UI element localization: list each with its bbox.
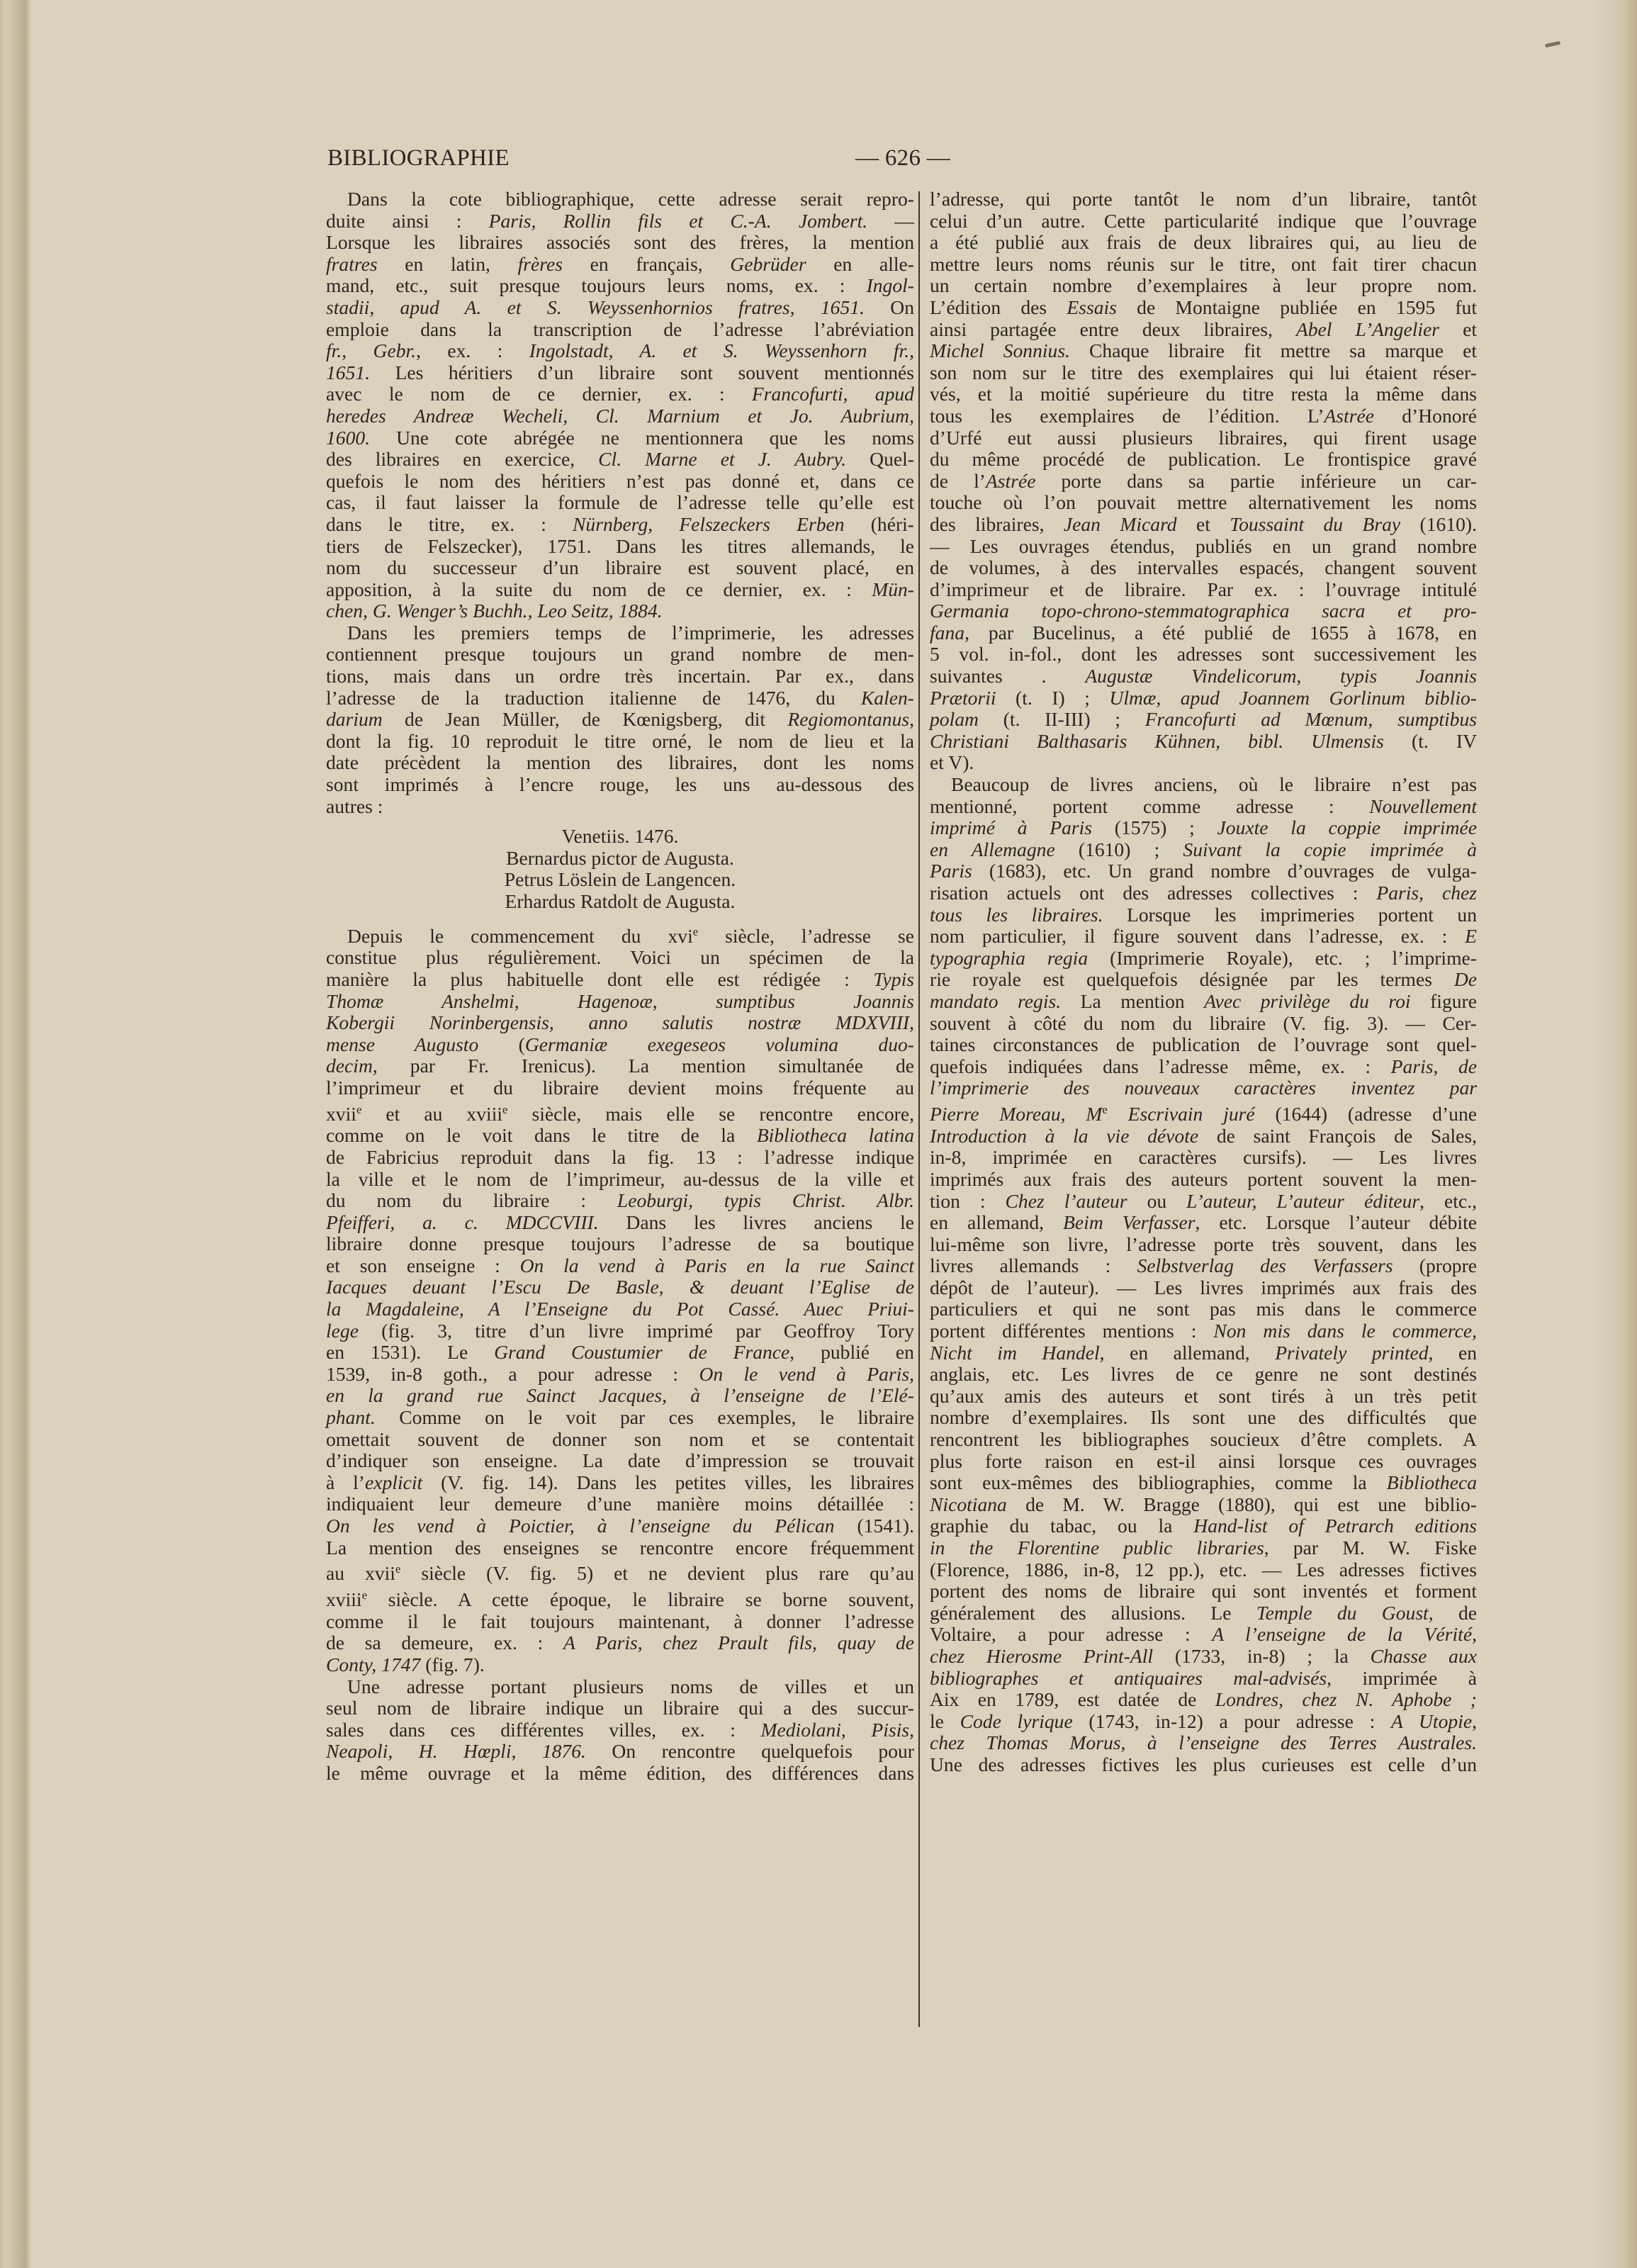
text-line: fr., Gebr., ex. : Ingolstadt, A. et S. W… [326,340,914,362]
text-line: suivantes . Augustæ Vindelicorum, typis … [930,666,1477,687]
text-line: lege (fig. 3, titre d’un livre imprimé p… [326,1320,914,1342]
text-line: Une des adresses fictives les plus curie… [930,1754,1477,1776]
text-line: touche où l’on pouvait mettre alternativ… [930,492,1477,514]
text-line: xviiie siècle. A cette époque, le librai… [326,1585,914,1611]
text-line: — Les ouvrages étendus, publiés en un gr… [930,536,1477,558]
text-line: Aix en 1789, est datée de Londres, chez … [930,1689,1477,1711]
text-line: Introduction à la vie dévote de saint Fr… [930,1125,1477,1147]
text-line: d’imprimeur et de libraire. Par ex. : l’… [930,579,1477,601]
text-line: des libraires en exercice, Cl. Marne et … [326,449,914,471]
text-line: cas, il faut laisser la formule de l’adr… [326,492,914,514]
text-line: anglais, etc. Les livres de ce genre ne … [930,1364,1477,1386]
text-line: nom particulier, il figure souvent dans … [930,926,1477,948]
text-line: chez Hierosme Print-All (1733, in-8) ; l… [930,1646,1477,1668]
text-line: en Allemagne (1610) ; Suivant la copie i… [930,839,1477,861]
text-line: Petrus Löslein de Langencen. [326,869,914,891]
text-line: Michel Sonnius. Chaque libraire fit mett… [930,340,1477,362]
text-line: Pfeifferi, a. c. MDCCVIII. Dans les livr… [326,1212,914,1234]
text-line: celui d’un autre. Cette particularité in… [930,210,1477,232]
text-line: chez Thomas Morus, à l’enseigne des Terr… [930,1732,1477,1754]
text-line: 1651. Les héritiers d’un libraire sont s… [326,362,914,384]
text-line: portent différentes mentions : Non mis d… [930,1320,1477,1342]
text-line: graphie du tabac, ou la Hand-list of Pet… [930,1515,1477,1537]
text-line: de sa demeure, ex. : A Paris, chez Praul… [326,1632,914,1654]
text-line: indiquaient leur demeure d’une manière m… [326,1493,914,1515]
text-line: in-8, imprimée en caractères cursifs). —… [930,1147,1477,1169]
text-line: d’indiquer son enseigne. La date d’impre… [326,1450,914,1472]
text-line: souvent à côté du nom du libraire (V. fi… [930,1013,1477,1035]
text-line: en 1531). Le Grand Coustumier de France,… [326,1342,914,1364]
text-line: omettait souvent de donner son nom et se… [326,1429,914,1451]
text-line: généralement des allusions. Le Temple du… [930,1602,1477,1624]
text-line: dans le titre, ex. : Nürnberg, Felszecke… [326,514,914,536]
text-line: mand, etc., suit presque toujours leurs … [326,275,914,297]
text-line: comme il le fait toujours maintenant, à … [326,1611,914,1633]
text-line: Beaucoup de livres anciens, où le librai… [930,774,1477,796]
text-line: Lorsque les libraires associés sont des … [326,232,914,254]
text-line: fratres en latin, frères en français, Ge… [326,254,914,276]
text-line: mandato regis. La mention Avec privilège… [930,991,1477,1013]
text-line: son nom sur le titre des exemplaires qui… [930,362,1477,384]
text-line: en allemand, Beim Verfasser, etc. Lorsqu… [930,1212,1477,1234]
text-line: plus forte raison en est-il ainsi lorsqu… [930,1451,1477,1473]
text-line: Germania topo-chrono-stemmatographica sa… [930,600,1477,622]
text-line: dont la fig. 10 reproduit le titre orné,… [326,731,914,753]
text-line: polam (t. II-III) ; Francofurti ad Mœnum… [930,709,1477,731]
text-line: comme on le voit dans le titre de la Bib… [326,1125,914,1147]
page-number: — 626 — [855,145,950,172]
text-line: Venetiis. 1476. [326,826,914,848]
text-line: de volumes, à des intervalles espacés, c… [930,557,1477,579]
text-line: autres : [326,796,914,818]
text-line: risation actuels ont des adresses collec… [930,882,1477,904]
running-title: BIBLIOGRAPHIE [327,145,510,172]
page-outer-edge [1594,0,1637,2268]
text-line: sales dans ces différentes villes, ex. :… [326,1719,914,1741]
text-line: Nicht im Handel, en allemand, Privately … [930,1342,1477,1364]
page-header: BIBLIOGRAPHIE — 626 — [327,145,1475,176]
text-line: lui-même son livre, l’adresse porte très… [930,1234,1477,1256]
text-line: vés, et la moitié supérieure du titre re… [930,383,1477,405]
text-line: tiers de Felszecker), 1751. Dans les tit… [326,536,914,558]
text-line: a été publié aux frais de deux libraires… [930,232,1477,254]
text-line: duite ainsi : Paris, Rollin fils et C.-A… [326,210,914,232]
text-line: imprimés aux frais des auteurs portent s… [930,1169,1477,1191]
text-line: quefois indiquées dans l’adresse même, e… [930,1056,1477,1078]
text-line: Thomæ Anshelmi, Hagenoæ, sumptibus Joann… [326,991,914,1013]
column-divider [918,191,920,2027]
text-line: Iacques deuant l’Escu De Basle, & deuant… [326,1276,914,1298]
text-line: la ville et le nom de l’imprimeur, au-de… [326,1169,914,1191]
text-line: tion : Chez l’auteur ou L’auteur, L’aute… [930,1191,1477,1213]
ink-smudge [1545,41,1561,47]
right-column: l’adresse, qui porte tantôt le nom d’un … [930,189,1477,1776]
text-line: au xviie siècle (V. fig. 5) et ne devien… [326,1559,914,1585]
text-line: des libraires, Jean Micard et Toussaint … [930,514,1477,536]
text-line: phant. Comme on le voit par ces exemples… [326,1407,914,1429]
text-line: ainsi partagée entre deux libraires, Abe… [930,319,1477,341]
text-line: fana, par Bucelinus, a été publié de 165… [930,622,1477,644]
text-line: de l’Astrée porte dans sa partie inférie… [930,471,1477,493]
text-line: Depuis le commencement du xvie siècle, l… [326,921,914,948]
text-line: imprimé à Paris (1575) ; Jouxte la coppi… [930,817,1477,839]
text-line: en la grand rue Sainct Jacques, à l’ense… [326,1385,914,1407]
text-line: libraire donne presque toujours l’adress… [326,1233,914,1255]
text-line: le Code lyrique (1743, in-12) a pour adr… [930,1711,1477,1733]
text-line: du même procédé de publication. Le front… [930,449,1477,471]
page-binding-edge [0,0,34,2268]
text-line: et V). [930,752,1477,774]
text-line: dépôt de l’auteur). — Les livres imprimé… [930,1277,1477,1299]
text-line: Voltaire, a pour adresse : A l’enseigne … [930,1624,1477,1646]
text-line: Christiani Balthasaris Kühnen, bibl. Ulm… [930,731,1477,753]
text-line: Une adresse portant plusieurs noms de vi… [326,1676,914,1698]
text-line: taines circonstances de publication de l… [930,1034,1477,1056]
text-line: l’imprimerie des nouveaux caractères inv… [930,1077,1477,1099]
text-line: Pierre Moreau, Me Escrivain juré (1644) … [930,1099,1477,1125]
text-line: mense Augusto (Germaniæ exegeseos volumi… [326,1034,914,1056]
text-line: constitue plus régulièrement. Voici un s… [326,947,914,969]
text-line: Dans les premiers temps de l’imprimerie,… [326,622,914,644]
text-line: mettre leurs noms réunis sur le titre, o… [930,254,1477,276]
text-line: darium de Jean Müller, de Kœnigsberg, di… [326,709,914,731]
text-line: decim, par Fr. Irenicus). La mention sim… [326,1055,914,1077]
text-line: in the Florentine public libraries, par … [930,1537,1477,1559]
text-line: et son enseigne : On la vend à Paris en … [326,1255,914,1277]
text-line: l’imprimeur et du libraire devient moins… [326,1077,914,1099]
text-line: Bernardus pictor de Augusta. [326,848,914,870]
text-line: Neapoli, H. Hœpli, 1876. On rencontre qu… [326,1741,914,1763]
text-line: bibliographes et antiquaires mal-advisés… [930,1668,1477,1690]
text-line: tous les exemplaires de l’édition. L’Ast… [930,405,1477,427]
text-line: On les vend à Poictier, à l’enseigne du … [326,1515,914,1537]
left-column: Dans la cote bibliographique, cette adre… [326,189,914,1785]
text-line: La mention des enseignes se rencontre en… [326,1537,914,1559]
text-line: nombre d’exemplaires. Ils sont une des d… [930,1407,1477,1429]
text-line: tions, mais dans un ordre très incertain… [326,666,914,687]
text-line: avec le nom de ce dernier, ex. : Francof… [326,383,914,405]
text-line: (Florence, 1886, in-8, 12 pp.), etc. — L… [930,1559,1477,1581]
text-line: l’adresse, qui porte tantôt le nom d’un … [930,189,1477,210]
text-line: sont eux-mêmes des bibliographies, comme… [930,1472,1477,1494]
text-line: d’Urfé eut aussi plusieurs libraires, qu… [930,427,1477,449]
text-line: tous les libraires. Lorsque les imprimer… [930,904,1477,926]
text-line: L’édition des Essais de Montaigne publié… [930,297,1477,319]
text-line: livres allemands : Selbstverlag des Verf… [930,1255,1477,1277]
text-line: mentionné, portent comme adresse : Nouve… [930,796,1477,818]
text-line: sont imprimés à l’encre rouge, les uns a… [326,774,914,796]
text-line: de Fabricius reproduit dans la fig. 13 :… [326,1147,914,1169]
text-line: Kobergii Norinbergensis, anno salutis no… [326,1012,914,1034]
text-line: Conty, 1747 (fig. 7). [326,1654,914,1676]
text-line: contiennent presque toujours un grand no… [326,644,914,666]
text-line: date précèdent la mention des libraires,… [326,752,914,774]
text-line: 1600. Une cote abrégée ne mentionnera qu… [326,427,914,449]
text-line: Dans la cote bibliographique, cette adre… [326,189,914,210]
text-line: heredes Andreæ Wecheli, Cl. Marnium et J… [326,405,914,427]
text-line: Prætorii (t. I) ; Ulmæ, apud Joannem Gor… [930,687,1477,709]
text-line: xviie et au xviiie siècle, mais elle se … [326,1099,914,1125]
text-line: rie royale est quelquefois désignée par … [930,969,1477,991]
text-line: stadii, apud A. et S. Weyssenhornios fra… [326,297,914,319]
text-line: rencontrent les bibliographes soucieux d… [930,1429,1477,1451]
text-line: l’adresse de la traduction italienne de … [326,687,914,709]
text-line: Paris (1683), etc. Un grand nombre d’ouv… [930,860,1477,882]
text-line: nom du successeur d’un libraire est souv… [326,557,914,579]
text-line: du nom du libraire : Leoburgi, typis Chr… [326,1190,914,1212]
text-line: 1539, in-8 goth., a pour adresse : On le… [326,1364,914,1386]
text-line: la Magdaleine, A l’Enseigne du Pot Cassé… [326,1298,914,1320]
text-line: apposition, à la suite du nom de ce dern… [326,579,914,601]
text-line: qu’aux amis des auteurs et sont tirés à … [930,1386,1477,1408]
text-line: portent des noms de libraire qui sont in… [930,1581,1477,1602]
text-line: emploie dans la transcription de l’adres… [326,319,914,341]
text-line: manière la plus habituelle dont elle est… [326,969,914,991]
text-line: Nicotiana de M. W. Bragge (1880), qui es… [930,1494,1477,1516]
text-line: chen, G. Wenger’s Buchh., Leo Seitz, 188… [326,600,914,622]
text-line: un certain nombre d’exemplaires à leur p… [930,275,1477,297]
text-line: seul nom de libraire indique un libraire… [326,1697,914,1719]
text-line: Erhardus Ratdolt de Augusta. [326,891,914,913]
text-line: quefois le nom des héritiers n’est pas d… [326,471,914,493]
text-line: le même ouvrage et la même édition, des … [326,1763,914,1785]
text-line: 5 vol. in-fol., dont les adresses sont s… [930,644,1477,666]
text-line: particuliers et qui ne sont pas mis dans… [930,1298,1477,1320]
text-line: à l’explicit (V. fig. 14). Dans les peti… [326,1472,914,1494]
text-line: typographia regia (Imprimerie Royale), e… [930,948,1477,970]
